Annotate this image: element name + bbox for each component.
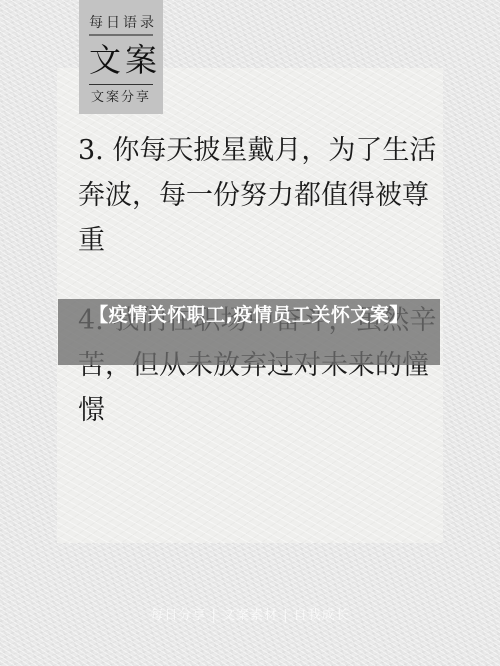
quote-content: 3. 你每天披星戴月，为了生活奔波，每一份努力都值得被尊重 4. 我们在职场中奋…: [78, 128, 438, 433]
banner-title: 【疫情关怀职工,疫情员工关怀文案】: [89, 304, 409, 326]
title-banner[interactable]: 【疫情关怀职工,疫情员工关怀文案】: [58, 299, 440, 365]
footer-watermark: 每日分享 | 文案素材 | 自我成长: [0, 604, 500, 623]
label-bottom-text: 文案分享: [89, 89, 153, 107]
label-top-text: 每日语录: [89, 14, 153, 36]
category-label: 每日语录 文案 文案分享: [79, 0, 163, 114]
quote-paragraph: 3. 你每天披星戴月，为了生活奔波，每一份努力都值得被尊重: [78, 128, 438, 263]
label-main-text: 文案: [89, 40, 153, 85]
